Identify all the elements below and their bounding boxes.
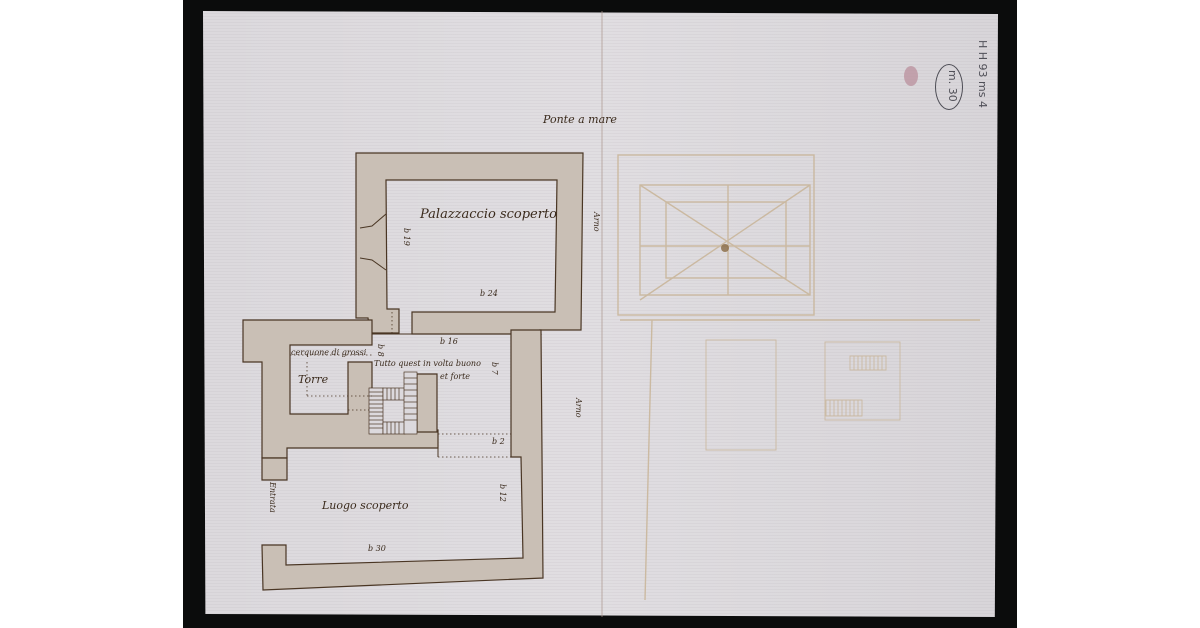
circled-number: m. 30	[947, 70, 958, 102]
measure-luogo-bottom: b 30	[368, 545, 386, 553]
lower-left-wall	[262, 458, 287, 480]
faint-roof-sketch	[618, 155, 980, 600]
measure-palazzaccio-left: b 19	[402, 228, 410, 246]
palazzaccio-walls	[356, 153, 583, 334]
faint-staircase-sketch	[706, 340, 900, 450]
measure-passage: b 2	[492, 438, 505, 446]
measure-luogo-right: b 12	[498, 484, 506, 502]
label-luogo-scoperto: Luogo scoperto	[322, 500, 408, 511]
label-center-note-1: Tutto quest in volta buono	[374, 360, 481, 368]
label-entrata: Entrata	[268, 482, 276, 513]
truss-center-dot	[721, 244, 729, 252]
label-torre-note: cerquone di grossi	[291, 349, 366, 357]
shelfmark: H H 93 ms 4	[977, 40, 988, 108]
measure-center-right: b 7	[490, 362, 498, 375]
label-palazzaccio: Palazzaccio scoperto	[420, 208, 557, 221]
floor-plan-drawing	[0, 0, 1200, 628]
right-corridor-wall	[262, 330, 543, 590]
library-stamp	[904, 66, 918, 86]
measure-center-left: b 8	[376, 344, 384, 357]
label-torre: Torre	[298, 374, 328, 385]
central-pier	[417, 374, 437, 432]
label-arno-lower: Arno	[574, 398, 582, 418]
measure-palazzaccio-bottom: b 24	[480, 290, 498, 298]
measure-center-top: b 16	[440, 338, 458, 346]
staircase-hatching	[369, 372, 417, 434]
label-ponte-a-mare: Ponte a mare	[543, 114, 617, 125]
label-center-note-2: et forte	[440, 373, 470, 381]
label-arno-upper: Arno	[592, 212, 600, 232]
